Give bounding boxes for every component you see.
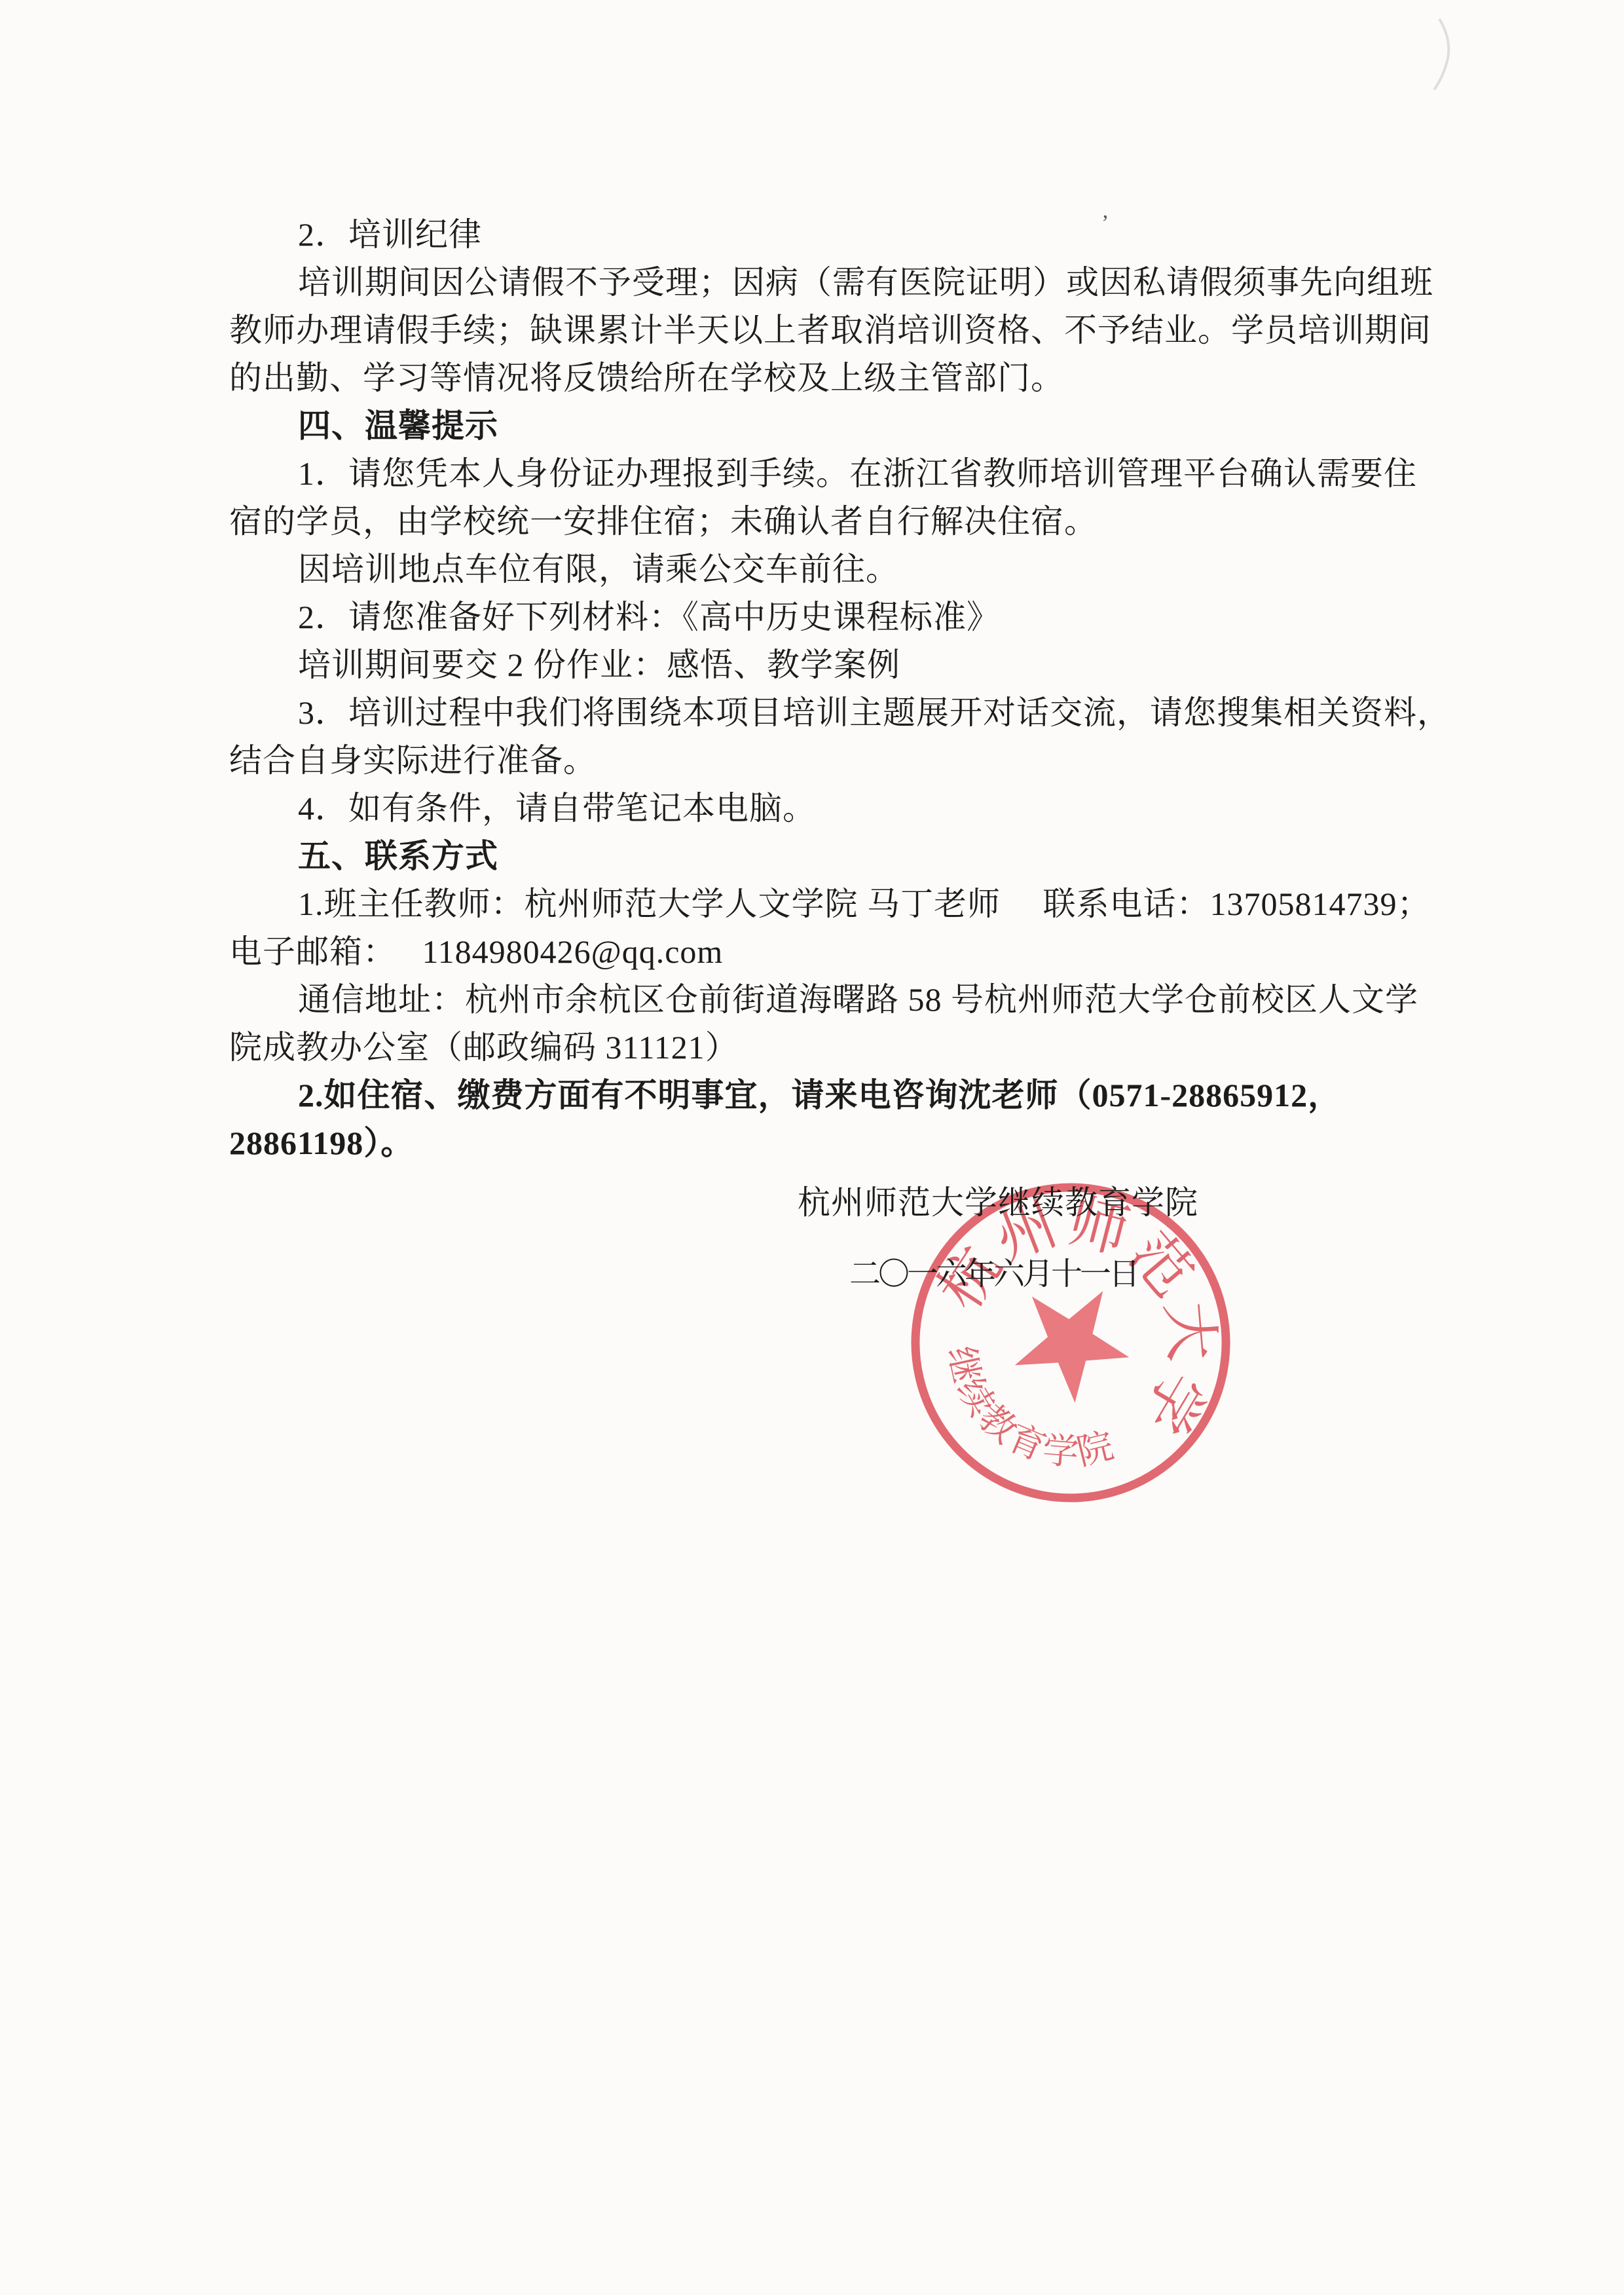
body-line: 因培训地点车位有限，请乘公交车前往。 [229, 546, 1408, 593]
body-line: 电子邮箱： 1184980426@qq.com [229, 928, 1408, 976]
body-line: 1．请您凭本人身份证办理报到手续。在浙江省教师培训管理平台确认需要住 [229, 450, 1408, 498]
body-line: 4．如有条件，请自带笔记本电脑。 [229, 785, 1408, 832]
body-line: 3．培训过程中我们将围绕本项目培训主题展开对话交流，请您搜集相关资料， [229, 689, 1408, 737]
body-line: 院成教办公室（邮政编码 311121） [229, 1024, 1408, 1072]
document-body: 2．培训纪律 培训期间因公请假不予受理；因病（需有医院证明）或因私请假须事先向组… [229, 211, 1408, 1167]
body-line: 28861198）。 [229, 1119, 1408, 1167]
body-line: 通信地址：杭州市余杭区仓前街道海曙路 58 号杭州师范大学仓前校区人文学 [229, 976, 1408, 1024]
date-line: 二〇一六年六月十一日 [849, 1255, 1137, 1294]
signature-line: 杭州师范大学继续教育学院 [798, 1183, 1198, 1222]
section-heading: 五、联系方式 [229, 832, 1408, 880]
body-line: 2．培训纪律 [229, 211, 1408, 259]
body-line: 结合自身实际进行准备。 [229, 737, 1408, 785]
body-line: 1.班主任教师：杭州师范大学人文学院 马丁老师 联系电话：13705814739… [229, 880, 1408, 928]
body-line: 宿的学员，由学校统一安排住宿；未确认者自行解决住宿。 [229, 498, 1408, 546]
body-line: 培训期间因公请假不予受理；因病（需有医院证明）或因私请假须事先向组班 [229, 259, 1408, 307]
stamp-college-arc-text: 继续教育学院 [912, 1328, 1135, 1510]
body-line: 教师办理请假手续；缺课累计半天以上者取消培训资格、不予结业。学员培训期间 [229, 307, 1408, 354]
scanned-document-page: 2．培训纪律 培训期间因公请假不予受理；因病（需有医院证明）或因私请假须事先向组… [0, 0, 1624, 2295]
body-line: 2.如住宿、缴费方面有不明事宜，请来电咨询沈老师（0571-28865912， [229, 1072, 1408, 1119]
body-line: 2．请您准备好下列材料：《高中历史课程标准》 [229, 593, 1408, 641]
body-line: 的出勤、学习等情况将反馈给所在学校及上级主管部门。 [229, 354, 1408, 402]
scan-scratch-artifact [1421, 16, 1480, 95]
section-heading: 四、温馨提示 [229, 402, 1408, 450]
body-line: 培训期间要交 2 份作业：感悟、教学案例 [229, 641, 1408, 689]
